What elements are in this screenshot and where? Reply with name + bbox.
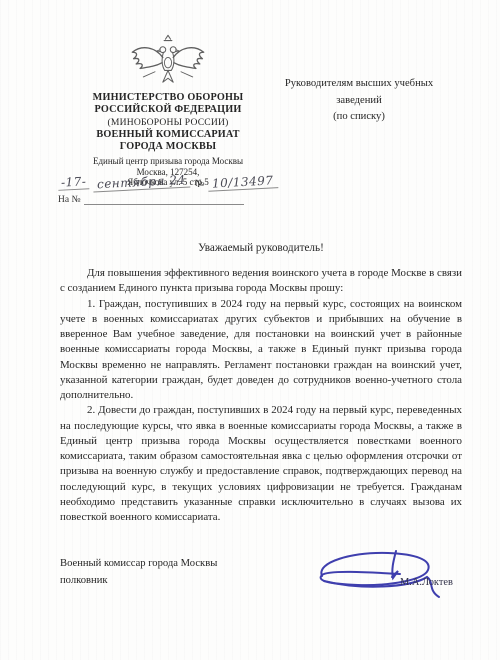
org-name-line: МИНИСТЕРСТВО ОБОРОНЫ xyxy=(54,92,282,104)
numbered-paragraph-1: 1. Граждан, поступивших в 2024 году на п… xyxy=(60,297,462,404)
org-name-line: ВОЕННЫЙ КОМИССАРИАТ xyxy=(54,129,282,141)
addressee-line: Руководителям высших учебных xyxy=(258,76,460,93)
signer-name: М.А.Локтев xyxy=(400,577,453,588)
handwritten-date: -17- xyxy=(58,174,90,191)
addressee-line: заведений xyxy=(258,93,460,110)
org-name-line: ГОРОДА МОСКВЫ xyxy=(54,141,282,153)
incoming-number-line: На № xyxy=(58,194,290,205)
addressee-line: (по списку) xyxy=(258,109,460,126)
letter-body: Для повышения эффективного ведения воинс… xyxy=(60,266,462,525)
addressee-block: Руководителям высших учебных заведений (… xyxy=(258,76,460,126)
reference-block: -17- сентября 24 № 10/13497 На № xyxy=(58,175,290,205)
handwritten-month-year: сентября 24 xyxy=(93,172,190,192)
handwritten-outgoing-number: 10/13497 xyxy=(207,173,277,192)
signature-block: Военный комиссар города Москвы полковник… xyxy=(60,556,462,626)
salutation: Уважаемый руководитель! xyxy=(60,242,462,254)
address-line: Единый центр призыва города Москвы xyxy=(54,156,282,166)
incoming-number-label: На № xyxy=(58,195,81,205)
org-name-line: (МИНОБОРОНЫ РОССИИ) xyxy=(54,117,282,129)
numbered-paragraph-2: 2. Довести до граждан, поступивших в 202… xyxy=(60,403,462,525)
handwritten-signature-icon xyxy=(308,548,443,600)
number-sign: № xyxy=(195,179,205,189)
blank-underline xyxy=(84,194,244,205)
double-headed-eagle-icon xyxy=(129,34,207,90)
scanned-letter-page: МИНИСТЕРСТВО ОБОРОНЫ РОССИЙСКОЙ ФЕДЕРАЦИ… xyxy=(0,0,500,660)
date-number-line: -17- сентября 24 № 10/13497 xyxy=(58,175,290,190)
letterhead: МИНИСТЕРСТВО ОБОРОНЫ РОССИЙСКОЙ ФЕДЕРАЦИ… xyxy=(54,34,282,187)
intro-paragraph: Для повышения эффективного ведения воинс… xyxy=(60,266,462,297)
org-name-line: РОССИЙСКОЙ ФЕДЕРАЦИИ xyxy=(54,104,282,116)
